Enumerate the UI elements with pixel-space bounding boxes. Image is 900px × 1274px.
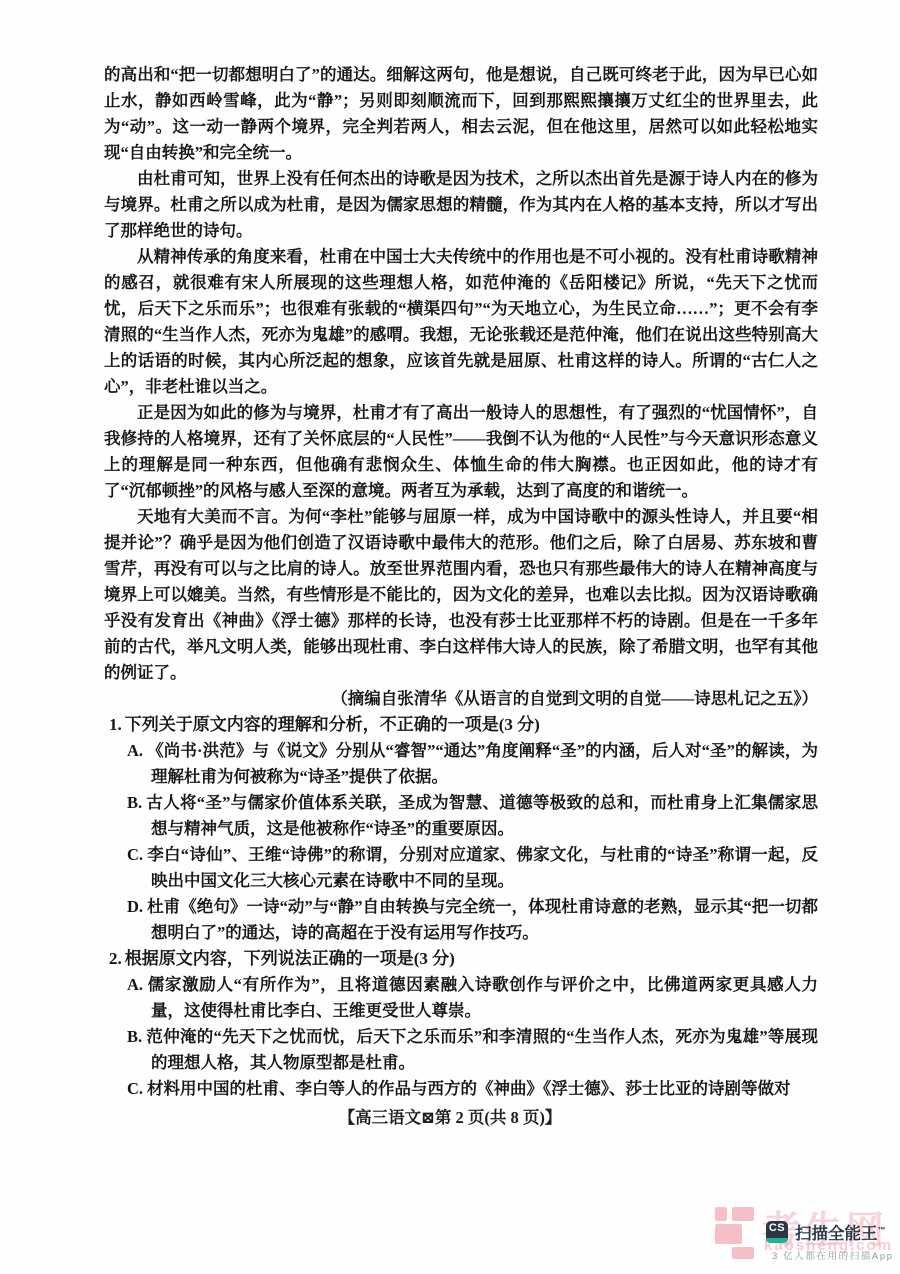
question-1: 1.下列关于原文内容的理解和分析，不正确的一项是(3 分) A.《尚书·洪范》与…: [104, 712, 818, 946]
body-paragraph: 天地有大美而不言。为何“李杜”能够与屈原一样，成为中国诗歌中的源头性诗人，并且要…: [104, 504, 818, 686]
page-footer: 【高三语文⊠第 2 页(共 8 页)】: [0, 1104, 900, 1128]
camscanner-icon-letters: CS: [766, 1222, 788, 1234]
question-2: 2.根据原文内容，下列说法正确的一项是(3 分) A.儒家激励人“有所作为”，且…: [104, 946, 818, 1102]
question-2-option-b: B.范仲淹的“先天下之忧而忧，后天下之乐而乐”和李清照的“生当作人杰，死亦为鬼雄…: [104, 1024, 818, 1076]
option-text: 《尚书·洪范》与《说文》分别从“睿智”“通达”角度阐释“圣”的内涵，后人对“圣”…: [147, 741, 818, 786]
camscanner-tagline: 3 亿人都在用的扫描App: [772, 1248, 894, 1262]
question-1-stem: 1.下列关于原文内容的理解和分析，不正确的一项是(3 分): [104, 712, 818, 738]
option-label: B.: [127, 793, 142, 812]
kaosheng-logo-block: [715, 1207, 727, 1221]
option-label: A.: [127, 741, 143, 760]
kaosheng-logo-block: [715, 1224, 742, 1244]
question-stem-text: 根据原文内容，下列说法正确的一项是(3 分): [125, 949, 455, 968]
trademark-symbol: ™: [878, 1226, 886, 1235]
option-text: 儒家激励人“有所作为”，且将道德因素融入诗歌创作与评价之中，比佛道两家更具感人力…: [147, 975, 818, 1020]
question-1-option-b: B.古人将“圣”与儒家价值体系关联，圣成为智慧、道德等极致的总和，而杜甫身上汇集…: [104, 790, 818, 842]
camscanner-icon-green-bar: [766, 1238, 788, 1243]
camscanner-name-text: 扫描全能王: [795, 1225, 878, 1243]
option-text: 古人将“圣”与儒家价值体系关联，圣成为智慧、道德等极致的总和，而杜甫身上汇集儒家…: [146, 793, 818, 838]
camscanner-watermark: CS 扫描全能王™ 3 亿人都在用的扫描App: [766, 1220, 894, 1262]
question-1-option-c: C.李白“诗仙”、王维“诗佛”的称谓，分别对应道家、佛家文化，与杜甫的“诗圣”称…: [104, 842, 818, 894]
option-label: C.: [127, 1079, 143, 1098]
question-number: 1.: [109, 715, 122, 734]
body-paragraph: 从精神传承的角度来看，杜甫在中国士大夫传统中的作用也是不可小视的。没有杜甫诗歌精…: [104, 244, 818, 400]
question-2-option-a: A.儒家激励人“有所作为”，且将道德因素融入诗歌创作与评价之中，比佛道两家更具感…: [104, 972, 818, 1024]
question-1-option-d: D.杜甫《绝句》一诗“动”与“静”自由转换与完全统一，体现杜甫诗意的老熟，显示其…: [104, 894, 818, 946]
option-text: 范仲淹的“先天下之忧而忧，后天下之乐而乐”和李清照的“生当作人杰，死亦为鬼雄”等…: [146, 1027, 818, 1072]
option-text: 材料用中国的杜甫、李白等人的作品与西方的《神曲》《浮士德》、莎士比亚的诗剧等做对: [147, 1079, 791, 1098]
question-1-option-a: A.《尚书·洪范》与《说文》分别从“睿智”“通达”角度阐释“圣”的内涵，后人对“…: [104, 738, 818, 790]
body-paragraph: 由杜甫可知，世界上没有任何杰出的诗歌是因为技术，之所以杰出首先是源于诗人内在的修…: [104, 166, 818, 244]
option-label: C.: [127, 845, 143, 864]
question-2-option-c: C.材料用中国的杜甫、李白等人的作品与西方的《神曲》《浮士德》、莎士比亚的诗剧等…: [104, 1076, 818, 1102]
option-label: B.: [127, 1027, 142, 1046]
scanned-exam-page: 的高出和“把一切都想明白了”的通达。细解这两句，他是想说，自己既可终老于此，因为…: [0, 0, 900, 1274]
body-paragraph: 的高出和“把一切都想明白了”的通达。细解这两句，他是想说，自己既可终老于此，因为…: [104, 62, 818, 166]
option-text: 杜甫《绝句》一诗“动”与“静”自由转换与完全统一，体现杜甫诗意的老熟，显示其“把…: [147, 897, 818, 942]
option-label: A.: [127, 975, 143, 994]
question-stem-text: 下列关于原文内容的理解和分析，不正确的一项是(3 分): [125, 715, 540, 734]
camscanner-icon: CS: [766, 1221, 788, 1243]
body-paragraph: 正是因为如此的修为与境界，杜甫才有了高出一般诗人的思想性，有了强烈的“忧国情怀”…: [104, 400, 818, 504]
option-text: 李白“诗仙”、王维“诗佛”的称谓，分别对应道家、佛家文化，与杜甫的“诗圣”称谓一…: [147, 845, 818, 890]
question-2-stem: 2.根据原文内容，下列说法正确的一项是(3 分): [104, 946, 818, 972]
kaosheng-logo-block: [732, 1247, 754, 1259]
source-attribution: （摘编自张清华《从语言的自觉到文明的自觉——诗思札记之五》）: [104, 686, 818, 712]
option-label: D.: [127, 897, 143, 916]
camscanner-name: 扫描全能王™: [795, 1220, 886, 1244]
kaosheng-logo-block: [732, 1207, 754, 1221]
question-number: 2.: [109, 949, 122, 968]
exam-body-text: 的高出和“把一切都想明白了”的通达。细解这两句，他是想说，自己既可终老于此，因为…: [104, 62, 818, 1102]
